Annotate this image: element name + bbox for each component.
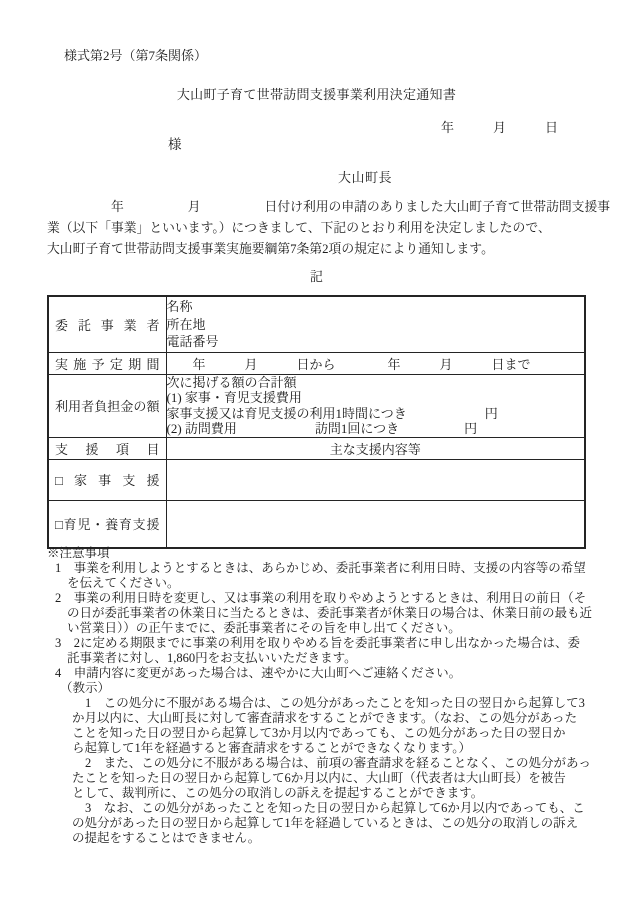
note-line: を伝えてください。: [47, 576, 607, 591]
instruction-heading: （教示）: [47, 681, 607, 696]
contractor-address-field: 所在地: [167, 316, 585, 334]
notes-section: ※注意事項 1 事業を利用しようとするときは、あらかじめ、委託事業者に利用日時、…: [47, 546, 607, 846]
housework-support-checkbox[interactable]: □: [55, 473, 74, 488]
user-fee-cell: 次に掲げる額の合計額 (1) 家事・育児支援費用 家事支援又は育児支援の利用1時…: [166, 374, 585, 437]
childcare-support-label: 育児・養育支援: [64, 517, 160, 532]
childcare-support-label-cell: □育児・養育支援: [48, 500, 166, 548]
notes-heading: ※注意事項: [47, 546, 607, 561]
housework-support-label: 家事支援: [74, 473, 159, 488]
user-fee-line: 次に掲げる額の合計額: [167, 375, 585, 391]
housework-support-label-cell: □家事支援: [48, 459, 166, 500]
note-line: い営業日））の正午までに、委託事業者にその旨を申し出てください。: [47, 621, 607, 636]
instruction-line: 1 この処分に不服がある場合は、この処分があったことを知った日の翌日から起算して…: [47, 696, 607, 711]
period-label: 実施予定期間: [48, 352, 166, 374]
decision-table: 委託事業者 名称 所在地 電話番号 実施予定期間 年 月 日から 年 月 日まで…: [47, 295, 586, 549]
contractor-name-field: 名称: [167, 298, 585, 316]
instruction-line: ら起算して1年を経過すると審査請求をすることができなくなります。）: [47, 741, 607, 756]
user-fee-label: 利用者負担金の額: [48, 374, 166, 437]
instruction-line: たことを知った日の翌日から起算して6か月以内に、大山町（代表者は大山町長）を被告: [47, 771, 607, 786]
form-number: 様式第2号（第7条関係）: [64, 45, 207, 64]
contractor-fields-cell: 名称 所在地 電話番号: [166, 296, 585, 352]
page-title: 大山町子育て世帯訪問支援事業利用決定通知書: [47, 84, 586, 103]
support-item-header-cell: 主な支援内容等: [166, 437, 585, 459]
body-line: 年 月 日付け利用の申請のありました大山町子育て世帯訪問支援事: [47, 197, 625, 218]
period-value-cell: 年 月 日から 年 月 日まで: [166, 352, 585, 374]
body-paragraph: 年 月 日付け利用の申請のありました大山町子育て世帯訪問支援事 業（以下「事業」…: [47, 197, 625, 260]
form-document-page: 様式第2号（第7条関係） 大山町子育て世帯訪問支援事業利用決定通知書 年 月 日…: [0, 0, 630, 903]
table-row-childcare-support: □育児・養育支援: [48, 500, 585, 548]
table-row-period: 実施予定期間 年 月 日から 年 月 日まで: [48, 352, 585, 374]
user-fee-line: (1) 家事・育児支援費用: [167, 390, 585, 406]
contractor-label: 委託事業者: [48, 296, 166, 352]
note-line: の日が委託事業者の休業日に当たるときは、委託事業者が休業日の場合は、休業日前の最…: [47, 606, 607, 621]
childcare-support-content-cell: [166, 500, 585, 548]
issuer-name: 大山町長: [338, 167, 392, 186]
instruction-line: ことを知った日の翌日から起算して3か月以内であっても、この処分があった日の翌日か: [47, 726, 607, 741]
note-line: 2 事業の利用日時を変更し、又は事業の利用を取りやめようとするときは、利用日の前…: [47, 591, 607, 606]
table-row-contractor: 委託事業者 名称 所在地 電話番号: [48, 296, 585, 352]
contractor-phone-field: 電話番号: [167, 333, 585, 351]
note-line: 1 事業を利用しようとするときは、あらかじめ、委託事業者に利用日時、支援の内容等…: [47, 561, 607, 576]
body-line: 大山町子育て世帯訪問支援事業実施要綱第7条第2項の規定により通知します。: [47, 239, 625, 260]
instruction-line: の処分があった日の翌日から起算して1年を経過しているときは、この処分の取消しの訴…: [47, 816, 607, 831]
table-row-support-item: 支援項目 主な支援内容等: [48, 437, 585, 459]
user-fee-line: 家事支援又は育児支援の利用1時間につき 円: [167, 406, 585, 422]
instruction-line: の提起をすることはできません。: [47, 831, 607, 846]
table-row-housework-support: □家事支援: [48, 459, 585, 500]
note-line: 託事業者に対し、1,860円をお支払いいただきます。: [47, 651, 607, 666]
body-line: 業（以下「事業」といいます。）につきまして、下記のとおり利用を決定しましたので、: [47, 218, 625, 239]
instruction-line: として、裁判所に、この処分の取消しの訴えを提起することができます。: [47, 786, 607, 801]
childcare-support-checkbox[interactable]: □: [55, 517, 64, 532]
instruction-line: 3 なお、この処分があったことを知った日の翌日から起算して6か月以内であっても、…: [47, 801, 607, 816]
user-fee-line: (2) 訪問費用 訪問1回につき 円: [167, 421, 585, 437]
addressee-honorific: 様: [168, 133, 182, 153]
note-line: 4 申請内容に変更があった場合は、速やかに大山町へご連絡ください。: [47, 666, 607, 681]
record-heading: 記: [47, 266, 586, 285]
support-item-label: 支援項目: [48, 437, 166, 459]
instruction-line: 2 また、この処分に不服がある場合は、前項の審査請求を経ることなく、この処分があ…: [47, 756, 607, 771]
table-row-user-fee: 利用者負担金の額 次に掲げる額の合計額 (1) 家事・育児支援費用 家事支援又は…: [48, 374, 585, 437]
housework-support-content-cell: [166, 459, 585, 500]
instruction-line: か月以内に、大山町長に対して審査請求をすることができます。（なお、この処分があっ…: [47, 711, 607, 726]
date-blank: 年 月 日: [47, 117, 586, 136]
note-line: 3 2に定める期限までに事業の利用を取りやめる旨を委託事業者に申し出なかった場合…: [47, 636, 607, 651]
